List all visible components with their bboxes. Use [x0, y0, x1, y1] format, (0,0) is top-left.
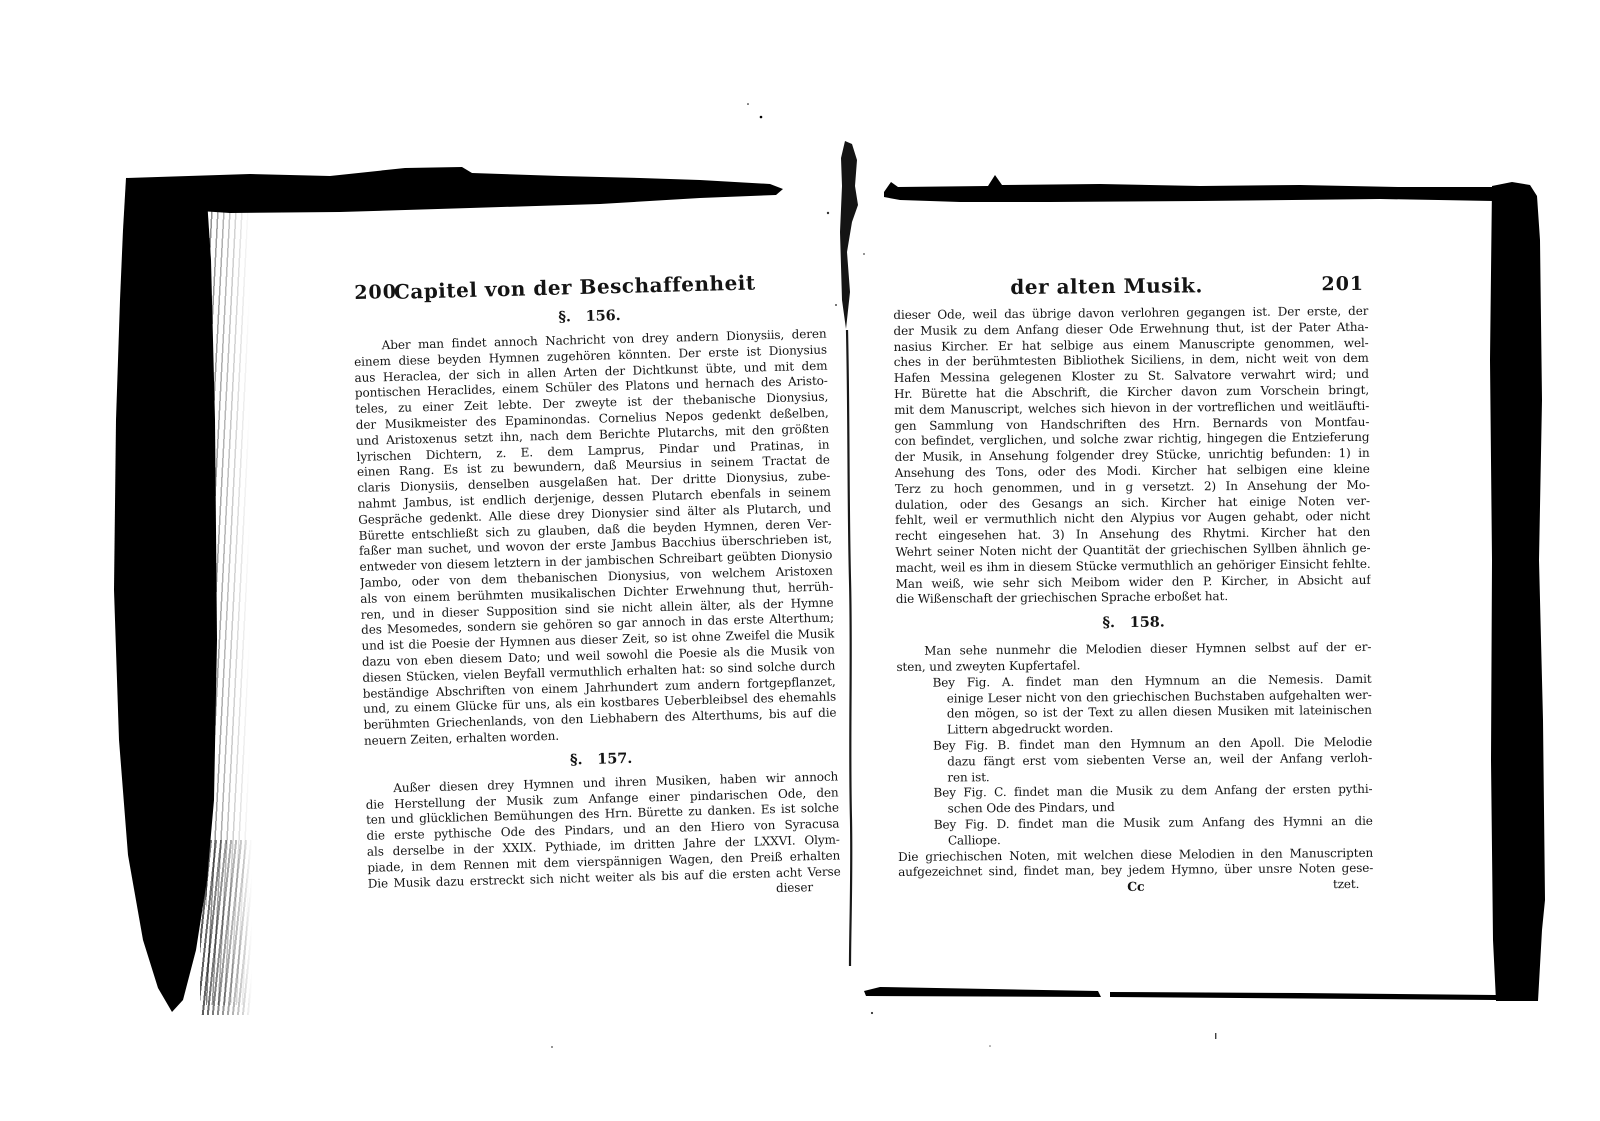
- right-page-top-border: [884, 175, 1493, 202]
- section-heading-158: §. 158.: [896, 611, 1371, 635]
- right-page: der alten Musik. 201 dieser Ode, weil da…: [893, 272, 1373, 897]
- gutter-shadow-blob: [840, 141, 858, 329]
- right-page-header: der alten Musik. 201: [893, 272, 1368, 300]
- right-page-bottom-border-2: [1110, 992, 1496, 1000]
- section-156-text: Aber man findet annoch Nachricht von dre…: [354, 327, 838, 750]
- gutter-shadow-line: [847, 330, 851, 966]
- section-157-text: Außer diesen drey Hymnen und ihren Musik…: [365, 769, 841, 908]
- section-157-continuation-text: dieser Ode, weil das übrige davon verloh…: [893, 304, 1371, 608]
- book-scan: 200 Capitel von der Beschaffenheit §. 15…: [0, 0, 1600, 1121]
- right-page-bottom-border: [864, 987, 1101, 997]
- running-header: der alten Musik.: [869, 272, 1344, 300]
- section-158-text: Man sehe nunmehr die Melodien dieser Hym…: [896, 640, 1373, 881]
- page-edge-streaks-bottom: [200, 840, 252, 1015]
- left-page: 200 Capitel von der Beschaffenheit §. 15…: [352, 269, 841, 908]
- text-line: die Wißenschaft der griechischen Sprache…: [896, 588, 1371, 608]
- page-number: 201: [1321, 272, 1364, 296]
- catchword: tzet.: [1333, 877, 1360, 893]
- right-binding-band: [1490, 182, 1545, 1001]
